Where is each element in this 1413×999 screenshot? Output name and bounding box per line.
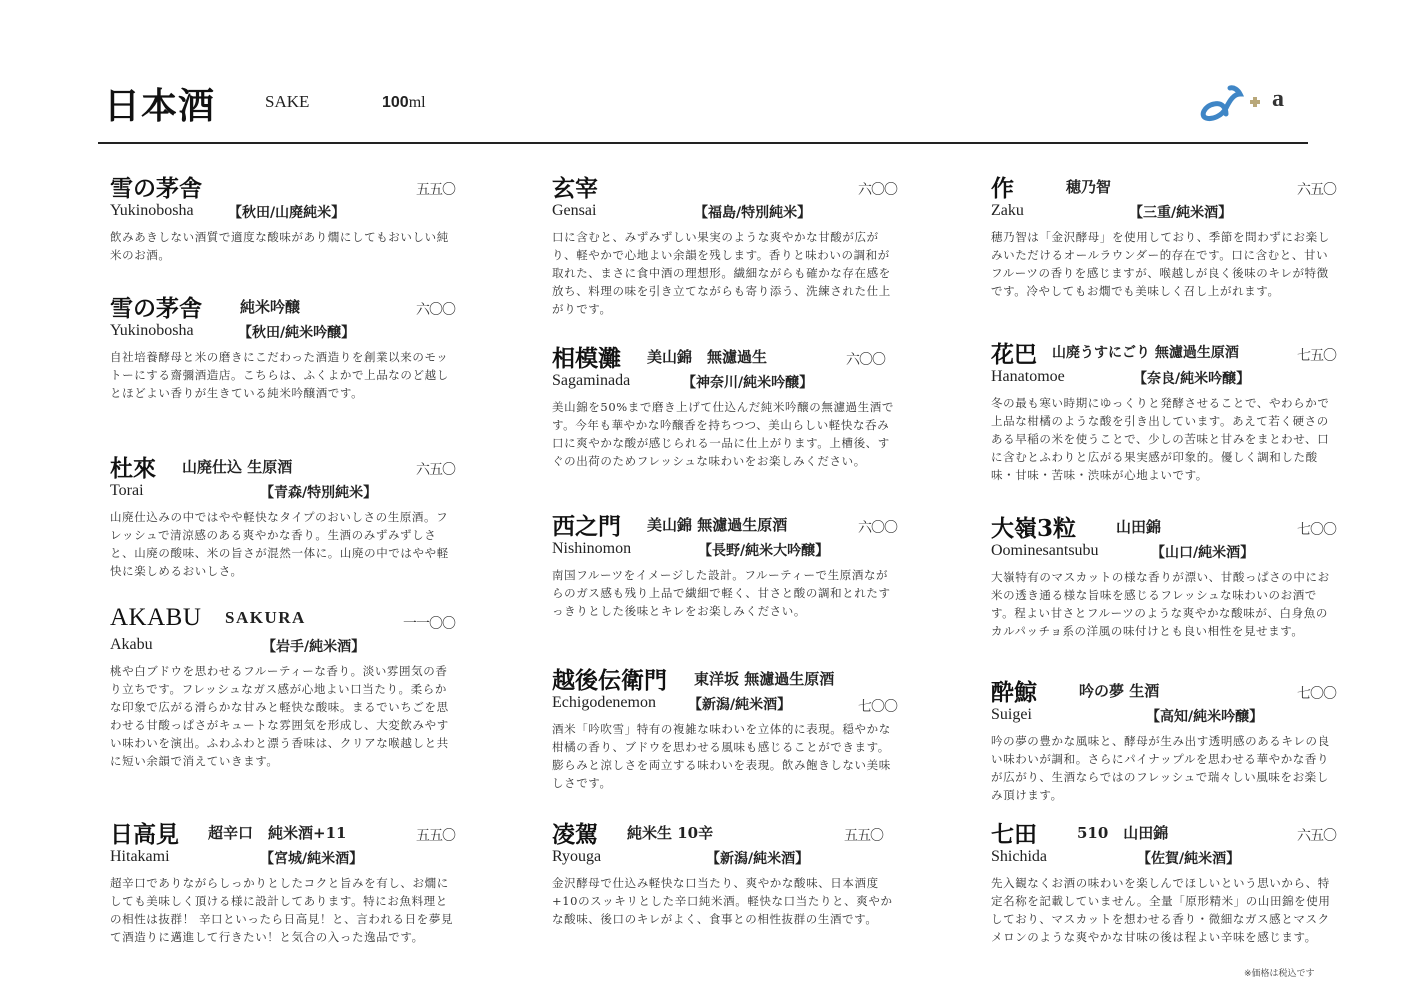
sake-subtitle: 美山錦 無濾過生原酒	[647, 514, 787, 535]
sake-description: 超辛口でありながらしっかりとしたコクと旨みを有し、お燗にしても美味しく頂ける様に…	[110, 874, 455, 946]
sake-description: 冬の最も寒い時期にゆっくりと発酵させることで、やわらかで上品な柑橘のような酸を引…	[991, 394, 1336, 484]
brand-letter: a	[1272, 86, 1284, 113]
sake-subtitle: SAKURA	[225, 608, 306, 628]
sake-region: 【高知/純米吟醸】	[1146, 706, 1263, 726]
sake-price: 七五〇	[1297, 345, 1336, 365]
sake-item: 杜來山廃仕込 生原酒六五〇 Torai【青森/特別純米】 山廃仕込みの中ではやや…	[110, 450, 455, 580]
sake-description: 南国フルーツをイメージした設計。フルーティーで生原酒ながらのガス感も残り上品で繊…	[552, 566, 897, 620]
sake-price: 六〇〇	[416, 299, 455, 319]
sake-description: 桃や白ブドウを思わせるフルーティーな香り。淡い雰囲気の香り立ちです。フレッシュな…	[110, 662, 455, 770]
sake-subtitle: 純米吟醸	[240, 296, 300, 317]
sake-region: 【長野/純米大吟醸】	[698, 540, 829, 560]
sake-subtitle: 山廃仕込 生原酒	[182, 456, 292, 477]
sake-description: 飲みあきしない酒質で適度な酸味があり燗にしてもおいしい純米のお酒。	[110, 228, 455, 264]
sake-item: 相模灘美山錦 無濾過生六〇〇 Sagaminada【神奈川/純米吟醸】 美山錦を…	[552, 340, 897, 470]
sake-name: 花巴	[991, 336, 1037, 369]
sake-description: 美山錦を50%まで磨き上げて仕込んだ純米吟醸の無濾過生酒です。今年も華やかな吟醸…	[552, 398, 897, 470]
serving-volume: 100ml	[382, 94, 426, 112]
tax-note: ※価格は税込です	[1244, 966, 1315, 979]
sake-name: 大嶺3粒	[991, 510, 1076, 543]
sake-item: 凌駕純米生 10辛五五〇 Ryouga【新潟/純米酒】 金沢酵母で仕込み軽快な口…	[552, 816, 897, 928]
sake-name: 七田	[991, 816, 1037, 849]
sake-subtitle: 美山錦 無濾過生	[647, 346, 767, 367]
sake-price: 六〇〇	[858, 517, 897, 537]
sake-region: 【三重/純米酒】	[1129, 202, 1232, 222]
sake-description: 大嶺特有のマスカットの様な香りが漂い、甘酸っぱさの中にお米の透き通る様な旨味を感…	[991, 568, 1336, 640]
sake-region: 【岩手/純米酒】	[262, 636, 365, 656]
sake-subtitle: 東洋坂 無濾過生原酒	[694, 668, 834, 689]
sake-romaji: Suigei	[991, 706, 1032, 724]
sake-item: 日高見超辛口 純米酒+11五五〇 Hitakami【宮城/純米酒】 超辛口であり…	[110, 816, 455, 946]
sake-region: 【神奈川/純米吟醸】	[682, 372, 813, 392]
sake-price: 七〇〇	[1297, 683, 1336, 703]
sake-region: 【佐賀/純米酒】	[1137, 848, 1240, 868]
sake-price: 七〇〇	[858, 696, 897, 716]
sake-item: 越後伝衛門東洋坂 無濾過生原酒 Echigodenemon【新潟/純米酒】七〇〇…	[552, 662, 897, 792]
sake-name: 日高見	[110, 816, 179, 849]
sake-item: 花巴山廃うすにごり 無濾過生原酒七五〇 Hanatomoe【奈良/純米吟醸】 冬…	[991, 336, 1336, 484]
menu-header: 日本酒 SAKE 100ml a	[0, 0, 1413, 150]
sake-romaji: Akabu	[110, 636, 153, 654]
sake-romaji: Hitakami	[110, 848, 170, 866]
sake-romaji: Torai	[110, 482, 144, 500]
brand-mark-icon	[1200, 84, 1270, 124]
sake-romaji: Echigodenemon	[552, 694, 656, 712]
sake-region: 【秋田/山廃純米】	[228, 202, 345, 222]
sake-romaji: Shichida	[991, 848, 1047, 866]
sake-romaji: Zaku	[991, 202, 1024, 220]
sake-name: 相模灘	[552, 340, 621, 373]
sake-romaji: Ryouga	[552, 848, 601, 866]
sake-romaji: Nishinomon	[552, 540, 631, 558]
sake-name: 雪の茅舎	[110, 290, 202, 323]
sake-description: 山廃仕込みの中ではやや軽快なタイプのおいしさの生原酒。フレッシュで清涼感のある爽…	[110, 508, 455, 580]
sake-price: 五五〇	[416, 179, 455, 199]
page-title: 日本酒	[104, 78, 215, 129]
sake-item: 作穂乃智六五〇 Zaku【三重/純米酒】 穂乃智は「金沢酵母」を使用しており、季…	[991, 170, 1336, 300]
sake-subtitle: 山田錦	[1116, 516, 1161, 537]
sake-romaji: Yukinobosha	[110, 202, 194, 220]
sake-price: 五五〇	[416, 825, 455, 845]
sake-name: 雪の茅舎	[110, 170, 202, 203]
sake-subtitle: 純米生 10辛	[627, 822, 713, 843]
sake-price: 六〇〇	[846, 349, 885, 369]
sake-item: 大嶺3粒山田錦七〇〇 Oominesantsubu【山口/純米酒】 大嶺特有のマ…	[991, 510, 1336, 640]
volume-number: 100	[382, 94, 409, 111]
header-divider	[98, 142, 1308, 144]
sake-region: 【宮城/純米酒】	[260, 848, 363, 868]
sake-item: 西之門美山錦 無濾過生原酒六〇〇 Nishinomon【長野/純米大吟醸】 南国…	[552, 508, 897, 620]
sake-name: 杜來	[110, 450, 156, 483]
sake-name: 酔鯨	[991, 674, 1037, 707]
sake-region: 【山口/純米酒】	[1151, 542, 1254, 562]
sake-romaji: Oominesantsubu	[991, 542, 1099, 560]
sake-subtitle: 超辛口 純米酒+11	[208, 822, 346, 843]
sake-item: 玄宰六〇〇 Gensai【福島/特別純米】 口に含むと、みずみずしい果実のような…	[552, 170, 897, 318]
volume-unit: ml	[409, 94, 426, 111]
sake-subtitle: 510 山田錦	[1077, 822, 1168, 843]
sake-name: 越後伝衛門	[552, 662, 667, 695]
sake-description: 自社培養酵母と米の磨きにこだわった酒造りを創業以来のモットーにする齋彌酒造店。こ…	[110, 348, 455, 402]
sake-name: AKABU	[110, 604, 201, 632]
sake-name: 西之門	[552, 508, 621, 541]
sake-price: 六五〇	[416, 459, 455, 479]
sake-region: 【福島/特別純米】	[694, 202, 811, 222]
sake-description: 先入観なくお酒の味わいを楽しんでほしいという思いから、特定名称を記載していません…	[991, 874, 1336, 946]
sake-description: 口に含むと、みずみずしい果実のような爽やかな甘酸が広がり、軽やかで心地よい余韻を…	[552, 228, 897, 318]
sake-price: 六五〇	[1297, 825, 1336, 845]
sake-romaji: Yukinobosha	[110, 322, 194, 340]
sake-romaji: Sagaminada	[552, 372, 630, 390]
sake-name: 凌駕	[552, 816, 598, 849]
sake-price: 一一〇〇	[403, 613, 455, 633]
sake-item: AKABUSAKURA一一〇〇 Akabu【岩手/純米酒】 桃や白ブドウを思わせ…	[110, 604, 455, 770]
sake-price: 七〇〇	[1297, 519, 1336, 539]
sake-description: 酒米「吟吹雪」特有の複雑な味わいを立体的に表現。穏やかな柑橘の香り、ブドウを思わ…	[552, 720, 897, 792]
sake-region: 【青森/特別純米】	[260, 482, 377, 502]
sake-price: 六五〇	[1297, 179, 1336, 199]
sake-region: 【新潟/純米酒】	[706, 848, 809, 868]
sake-description: 穂乃智は「金沢酵母」を使用しており、季節を問わずにお楽しみいただけるオールラウン…	[991, 228, 1336, 300]
brand-logo: a	[1200, 84, 1310, 124]
sake-item: 雪の茅舎五五〇 Yukinobosha【秋田/山廃純米】 飲みあきしない酒質で適…	[110, 170, 455, 264]
sake-item: 雪の茅舎純米吟醸六〇〇 Yukinobosha【秋田/純米吟醸】 自社培養酵母と…	[110, 290, 455, 402]
sake-item: 酔鯨吟の夢 生酒七〇〇 Suigei【高知/純米吟醸】 吟の夢の豊かな風味と、酵…	[991, 674, 1336, 804]
sake-price: 六〇〇	[858, 179, 897, 199]
page-subtitle: SAKE	[265, 92, 309, 112]
sake-romaji: Gensai	[552, 202, 596, 220]
sake-name: 玄宰	[552, 170, 598, 203]
sake-description: 吟の夢の豊かな風味と、酵母が生み出す透明感のあるキレの良い味わいが調和。さらにパ…	[991, 732, 1336, 804]
sake-region: 【新潟/純米酒】	[688, 694, 791, 714]
sake-subtitle: 穂乃智	[1066, 176, 1111, 197]
sake-item: 七田510 山田錦六五〇 Shichida【佐賀/純米酒】 先入観なくお酒の味わ…	[991, 816, 1336, 946]
sake-region: 【秋田/純米吟醸】	[238, 322, 355, 342]
sake-romaji: Hanatomoe	[991, 368, 1065, 386]
sake-description: 金沢酵母で仕込み軽快な口当たり、爽やかな酸味、日本酒度+10のスッキリとした辛口…	[552, 874, 897, 928]
sake-region: 【奈良/純米吟醸】	[1133, 368, 1250, 388]
sake-price: 五五〇	[844, 825, 883, 845]
sake-subtitle: 吟の夢 生酒	[1079, 680, 1159, 701]
sake-name: 作	[991, 170, 1014, 203]
sake-subtitle: 山廃うすにごり 無濾過生原酒	[1052, 342, 1239, 362]
